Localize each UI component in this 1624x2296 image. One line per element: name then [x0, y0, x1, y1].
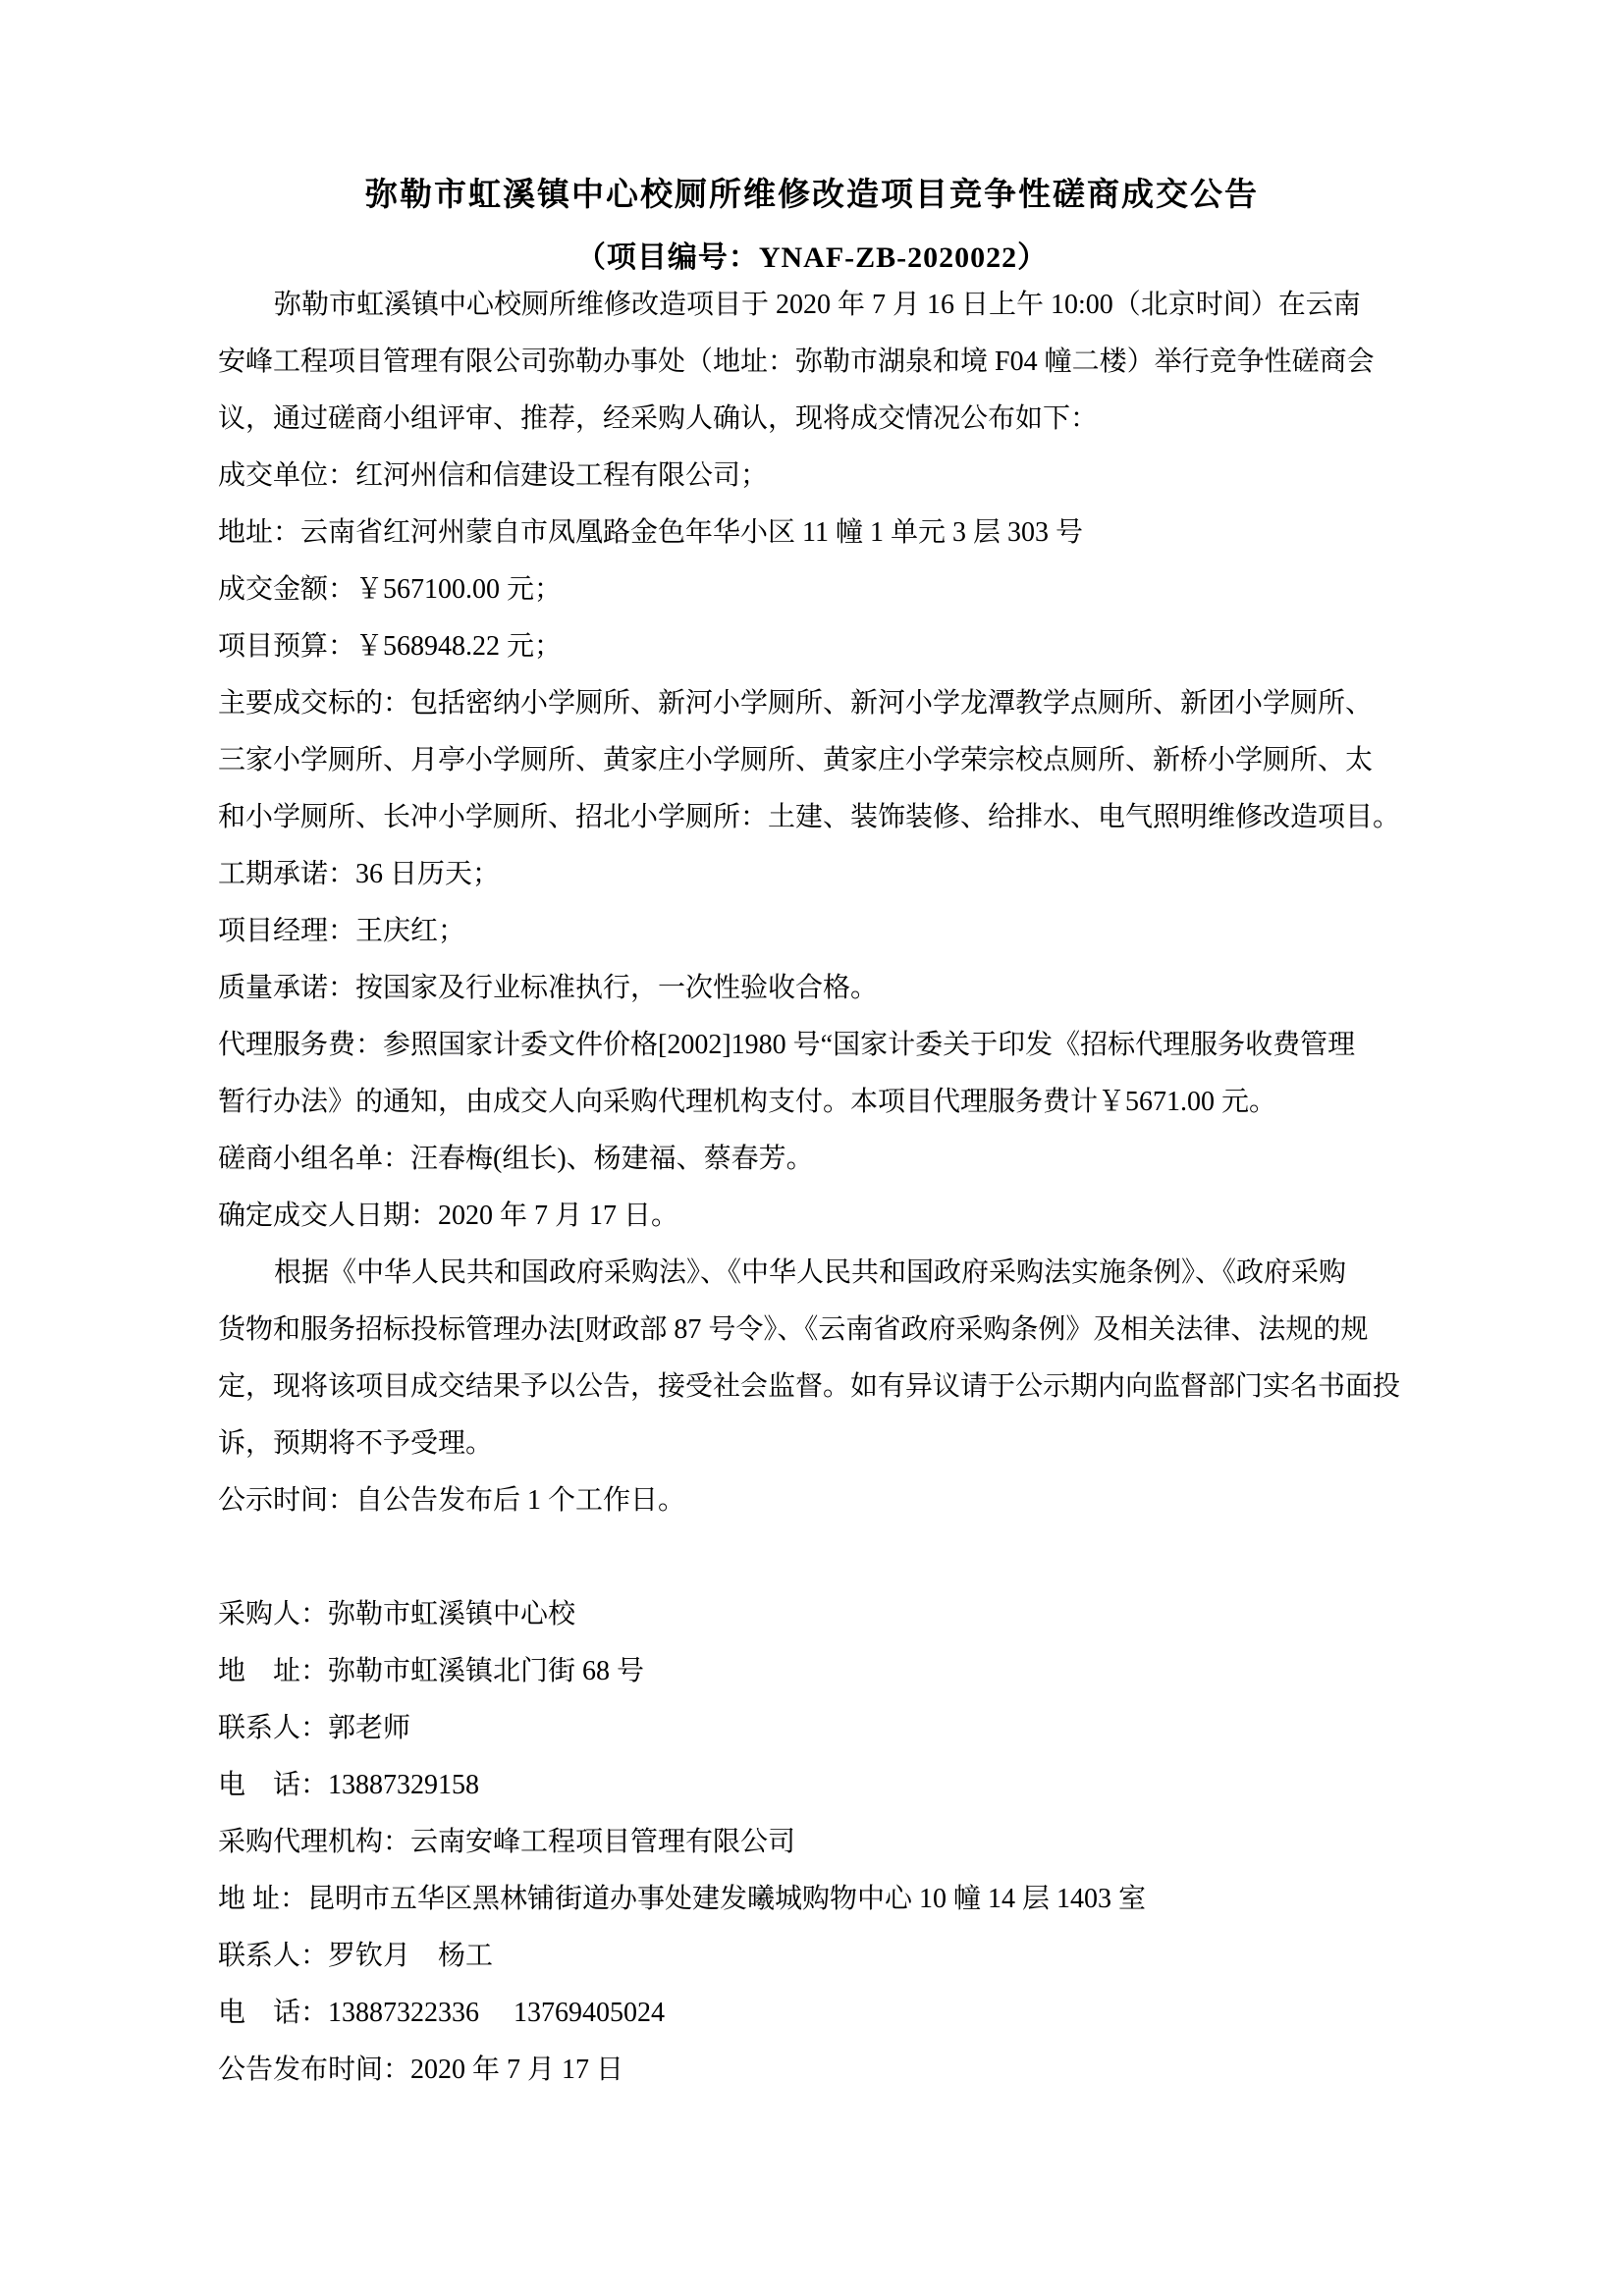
text-line: 地 址：昆明市五华区黑林铺街道办事处建发曦城购物中心 10 幢 14 层 140… — [218, 1871, 1408, 1928]
text-line: 工期承诺：36 日历天； — [218, 846, 1408, 903]
text-line: 暂行办法》的通知，由成交人向采购代理机构支付。本项目代理服务费计￥5671.00… — [218, 1074, 1408, 1131]
text-line: 项目预算：￥568948.22 元； — [218, 618, 1408, 675]
text-line: 地址：云南省红河州蒙自市凤凰路金色年华小区 11 幢 1 单元 3 层 303 … — [218, 505, 1408, 561]
text-line: 货物和服务招标投标管理办法[财政部 87 号令》、《云南省政府采购条例》及相关法… — [218, 1302, 1408, 1359]
text-line: 磋商小组名单：汪春梅(组长)、杨建福、蔡春芳。 — [218, 1131, 1408, 1188]
text-line: 地 址：弥勒市虹溪镇北门街 68 号 — [218, 1643, 1408, 1700]
text-line: 电 话：13887322336 13769405024 — [218, 1985, 1408, 2042]
document-body: 弥勒市虹溪镇中心校厕所维修改造项目于 2020 年 7 月 16 日上午 10:… — [218, 277, 1408, 2099]
text-line: 代理服务费：参照国家计委文件价格[2002]1980 号“国家计委关于印发《招标… — [218, 1017, 1408, 1074]
text-line: 确定成交人日期：2020 年 7 月 17 日。 — [218, 1188, 1408, 1245]
text-line: 和小学厕所、长冲小学厕所、招北小学厕所：土建、装饰装修、给排水、电气照明维修改造… — [218, 789, 1408, 846]
text-line: 电 话：13887329158 — [218, 1757, 1408, 1814]
text-line: 联系人：郭老师 — [218, 1700, 1408, 1757]
text-line: 项目经理：王庆红； — [218, 903, 1408, 960]
text-line: 公示时间：自公告发布后 1 个工作日。 — [218, 1472, 1408, 1529]
text-line: 诉，预期将不予受理。 — [218, 1415, 1408, 1472]
document-title: 弥勒市虹溪镇中心校厕所维修改造项目竞争性磋商成交公告 — [0, 177, 1624, 214]
text-line: 议，通过磋商小组评审、推荐，经采购人确认，现将成交情况公布如下： — [218, 391, 1408, 448]
text-line: 质量承诺：按国家及行业标准执行，一次性验收合格。 — [218, 960, 1408, 1017]
text-line: 联系人：罗钦月 杨工 — [218, 1928, 1408, 1985]
text-line: 主要成交标的：包括密纳小学厕所、新河小学厕所、新河小学龙潭教学点厕所、新团小学厕… — [218, 675, 1408, 732]
blank-line — [218, 1529, 1408, 1586]
text-line: 成交单位：红河州信和信建设工程有限公司； — [218, 448, 1408, 505]
text-line: 安峰工程项目管理有限公司弥勒办事处（地址：弥勒市湖泉和境 F04 幢二楼）举行竞… — [218, 334, 1408, 391]
project-number: （项目编号：YNAF-ZB-2020022） — [0, 240, 1624, 276]
text-line: 根据《中华人民共和国政府采购法》、《中华人民共和国政府采购法实施条例》、《政府采… — [218, 1245, 1408, 1302]
text-line: 三家小学厕所、月亭小学厕所、黄家庄小学厕所、黄家庄小学荣宗校点厕所、新桥小学厕所… — [218, 732, 1408, 789]
text-line: 公告发布时间：2020 年 7 月 17 日 — [218, 2042, 1408, 2099]
text-line: 成交金额：￥567100.00 元； — [218, 561, 1408, 618]
text-line: 采购代理机构：云南安峰工程项目管理有限公司 — [218, 1814, 1408, 1871]
text-line: 定，现将该项目成交结果予以公告，接受社会监督。如有异议请于公示期内向监督部门实名… — [218, 1359, 1408, 1415]
text-line: 采购人：弥勒市虹溪镇中心校 — [218, 1586, 1408, 1643]
announcement-page: 弥勒市虹溪镇中心校厕所维修改造项目竞争性磋商成交公告 （项目编号：YNAF-ZB… — [0, 0, 1624, 2296]
text-line: 弥勒市虹溪镇中心校厕所维修改造项目于 2020 年 7 月 16 日上午 10:… — [218, 277, 1408, 334]
